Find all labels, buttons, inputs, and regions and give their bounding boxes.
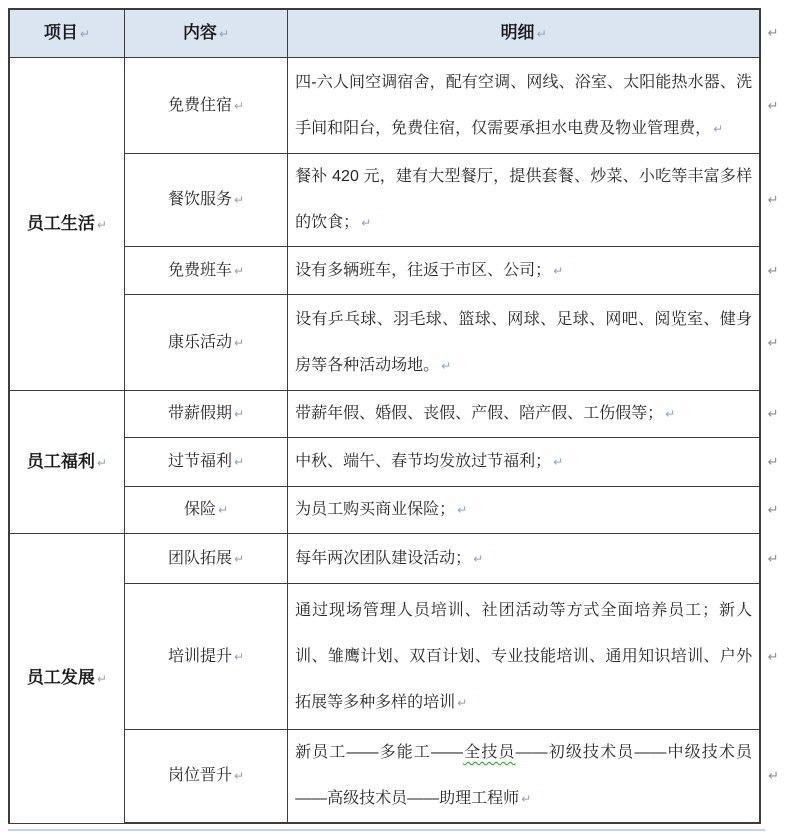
paragraph-mark-icon: ↵ [97, 672, 107, 686]
detail-cell-promotion-path: 新员工——多能工——全技员——初级技术员——中级技术员——高级技术员——助理工程… [288, 730, 760, 824]
header-label: 内容 [183, 23, 217, 42]
content-cell: 岗位晋升↵ [124, 730, 287, 824]
header-cell-detail: 明细↵ [288, 9, 760, 58]
row-end-mark-icon: ↵ [760, 438, 784, 487]
page-bottom-divider [8, 829, 765, 831]
detail-cell: 设有乒乓球、羽毛球、篮球、网球、足球、网吧、阅览室、健身房等各种活动场地。↵ [288, 295, 760, 391]
header-label: 项目 [44, 23, 78, 42]
paragraph-mark-icon: ↵ [97, 218, 107, 232]
category-cell-welfare: 员工福利↵ [9, 391, 124, 534]
paragraph-mark-icon: ↵ [553, 455, 563, 469]
paragraph-mark-icon: ↵ [234, 99, 244, 113]
content-cell: 团队拓展↵ [124, 534, 287, 584]
paragraph-mark-icon: ↵ [457, 503, 467, 517]
content-cell: 带薪假期↵ [124, 391, 287, 438]
spellcheck-underlined-text: 全技员 [463, 744, 516, 761]
row-end-mark-icon: ↵ [760, 295, 784, 391]
paragraph-mark-icon: ↵ [234, 264, 244, 278]
table-header-row: 项目↵ 内容↵ 明细↵ ↵ [9, 9, 784, 58]
table-row: 餐饮服务↵ 餐补 420 元，建有大型餐厅，提供套餐、炒菜、小吃等丰富多样的饮食… [9, 154, 784, 247]
paragraph-mark-icon: ↵ [218, 503, 228, 517]
paragraph-mark-icon: ↵ [234, 769, 244, 783]
paragraph-mark-icon: ↵ [234, 650, 244, 664]
table-row: 培训提升↵ 通过现场管理人员培训、社团活动等方式全面培养员工；新人训、雏鹰计划、… [9, 584, 784, 730]
table-row: 过节福利↵ 中秋、端午、春节均发放过节福利；↵ ↵ [9, 438, 784, 487]
paragraph-mark-icon: ↵ [80, 27, 90, 41]
paragraph-mark-icon: ↵ [537, 27, 547, 41]
table-row: 免费班车↵ 设有多辆班车，往返于市区、公司；↵ ↵ [9, 247, 784, 295]
paragraph-mark-icon: ↵ [234, 336, 244, 350]
paragraph-mark-icon: ↵ [97, 456, 107, 470]
row-end-mark-icon: ↵ [760, 154, 784, 247]
detail-cell: 为员工购买商业保险；↵ [288, 487, 760, 534]
content-cell: 餐饮服务↵ [124, 154, 287, 247]
detail-cell: 每年两次团队建设活动；↵ [288, 534, 760, 584]
document-page: 项目↵ 内容↵ 明细↵ ↵ 员工生活↵ 免费住宿↵ 四-六人间空调宿舍，配有空调… [0, 0, 785, 834]
paragraph-mark-icon: ↵ [713, 122, 723, 136]
header-label: 明细 [501, 23, 535, 42]
table-row: 岗位晋升↵ 新员工——多能工——全技员——初级技术员——中级技术员——高级技术员… [9, 730, 784, 824]
paragraph-mark-icon: ↵ [234, 193, 244, 207]
paragraph-mark-icon: ↵ [219, 27, 229, 41]
content-cell: 过节福利↵ [124, 438, 287, 487]
header-cell-item: 项目↵ [9, 9, 124, 58]
benefits-table: 项目↵ 内容↵ 明细↵ ↵ 员工生活↵ 免费住宿↵ 四-六人间空调宿舍，配有空调… [8, 8, 785, 824]
detail-cell: 通过现场管理人员培训、社团活动等方式全面培养员工；新人训、雏鹰计划、双百计划、专… [288, 584, 760, 730]
paragraph-mark-icon: ↵ [234, 455, 244, 469]
paragraph-mark-icon: ↵ [457, 696, 467, 710]
paragraph-mark-icon: ↵ [234, 552, 244, 566]
row-end-mark-icon: ↵ [760, 58, 784, 154]
table-row: 员工生活↵ 免费住宿↵ 四-六人间空调宿舍，配有空调、网线、浴室、太阳能热水器、… [9, 58, 784, 154]
paragraph-mark-icon: ↵ [473, 552, 483, 566]
content-cell: 康乐活动↵ [124, 295, 287, 391]
category-cell-life: 员工生活↵ [9, 58, 124, 391]
row-end-mark-icon: ↵ [760, 9, 784, 58]
detail-cell: 带薪年假、婚假、丧假、产假、陪产假、工伤假等；↵ [288, 391, 760, 438]
detail-cell: 中秋、端午、春节均发放过节福利；↵ [288, 438, 760, 487]
category-cell-development: 员工发展↵ [9, 534, 124, 824]
content-cell: 免费班车↵ [124, 247, 287, 295]
paragraph-mark-icon: ↵ [234, 407, 244, 421]
row-end-mark-icon: ↵ [760, 730, 784, 824]
row-end-mark-icon: ↵ [760, 391, 784, 438]
detail-cell: 餐补 420 元，建有大型餐厅，提供套餐、炒菜、小吃等丰富多样的饮食；↵ [288, 154, 760, 247]
paragraph-mark-icon: ↵ [361, 216, 371, 230]
table-row: 康乐活动↵ 设有乒乓球、羽毛球、篮球、网球、足球、网吧、阅览室、健身房等各种活动… [9, 295, 784, 391]
row-end-mark-icon: ↵ [760, 584, 784, 730]
content-cell: 培训提升↵ [124, 584, 287, 730]
paragraph-mark-icon: ↵ [441, 359, 451, 373]
detail-cell: 四-六人间空调宿舍，配有空调、网线、浴室、太阳能热水器、洗手间和阳台，免费住宿，… [288, 58, 760, 154]
detail-cell: 设有多辆班车，往返于市区、公司；↵ [288, 247, 760, 295]
table-row: 员工发展↵ 团队拓展↵ 每年两次团队建设活动；↵ ↵ [9, 534, 784, 584]
row-end-mark-icon: ↵ [760, 534, 784, 584]
content-cell: 保险↵ [124, 487, 287, 534]
content-cell: 免费住宿↵ [124, 58, 287, 154]
header-cell-content: 内容↵ [124, 9, 287, 58]
paragraph-mark-icon: ↵ [521, 792, 531, 806]
row-end-mark-icon: ↵ [760, 247, 784, 295]
paragraph-mark-icon: ↵ [665, 407, 675, 421]
table-row: 保险↵ 为员工购买商业保险；↵ ↵ [9, 487, 784, 534]
paragraph-mark-icon: ↵ [553, 264, 563, 278]
table-row: 员工福利↵ 带薪假期↵ 带薪年假、婚假、丧假、产假、陪产假、工伤假等；↵ ↵ [9, 391, 784, 438]
row-end-mark-icon: ↵ [760, 487, 784, 534]
